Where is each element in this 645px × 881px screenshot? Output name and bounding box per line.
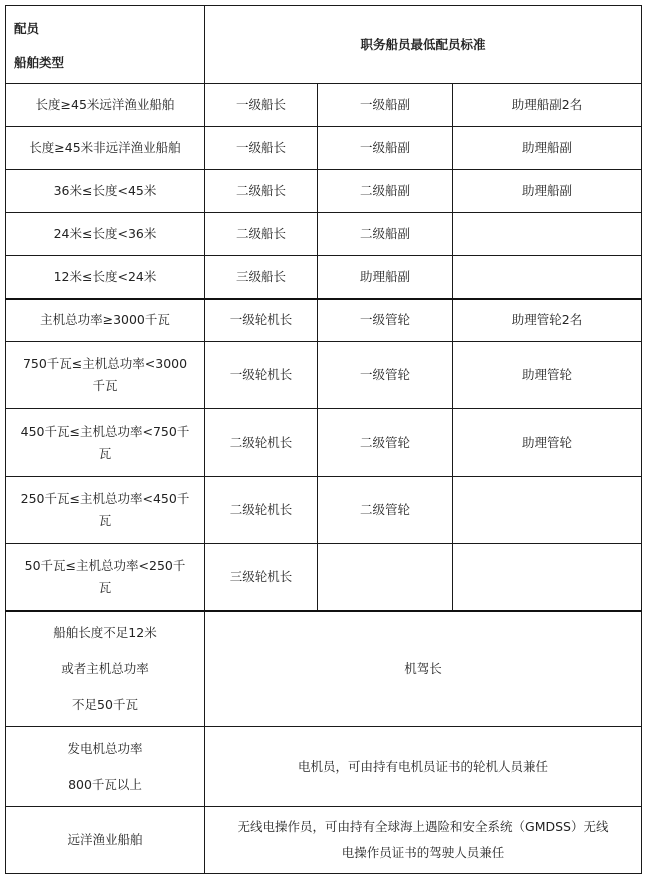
crew-cell: 二级船长	[205, 170, 318, 213]
engine-type-line: 瓦	[10, 443, 200, 465]
crew-cell: 助理船副2名	[453, 84, 642, 127]
crew-cell: 一级轮机长	[205, 342, 318, 409]
crew-cell: 一级船长	[205, 127, 318, 170]
engine-type-cell: 750千瓦≤主机总功率<3000 千瓦	[6, 342, 205, 409]
table-row: 船舶长度不足12米 或者主机总功率 不足50千瓦 机驾长	[6, 611, 642, 727]
crew-cell: 一级轮机长	[205, 299, 318, 342]
crew-cell: 二级船副	[318, 170, 453, 213]
crew-cell	[453, 477, 642, 544]
table-row: 24米≤长度<36米 二级船长 二级船副	[6, 213, 642, 256]
crew-cell: 一级船副	[318, 84, 453, 127]
crew-cell: 二级管轮	[318, 409, 453, 477]
special-value-cell: 机驾长	[205, 611, 642, 727]
engine-type-line: 瓦	[10, 577, 200, 599]
crew-cell: 二级轮机长	[205, 477, 318, 544]
special-type-line: 船舶长度不足12米	[10, 615, 200, 651]
ship-type-cell: 24米≤长度<36米	[6, 213, 205, 256]
crew-cell: 二级船长	[205, 213, 318, 256]
special-type-cell: 船舶长度不足12米 或者主机总功率 不足50千瓦	[6, 611, 205, 727]
special-type-line: 不足50千瓦	[10, 687, 200, 723]
ship-type-cell: 36米≤长度<45米	[6, 170, 205, 213]
special-value-line: 电操作员证书的驾驶人员兼任	[209, 840, 637, 866]
ship-type-cell: 长度≥45米远洋渔业船舶	[6, 84, 205, 127]
crew-cell: 二级管轮	[318, 477, 453, 544]
engine-type-line: 50千瓦≤主机总功率<250千	[10, 555, 200, 577]
crew-cell: 二级船副	[318, 213, 453, 256]
special-type-line: 800千瓦以上	[10, 767, 200, 803]
crew-cell: 一级管轮	[318, 299, 453, 342]
crew-cell	[453, 256, 642, 299]
crew-cell	[318, 544, 453, 611]
crew-cell: 助理管轮	[453, 409, 642, 477]
table-row: 450千瓦≤主机总功率<750千 瓦 二级轮机长 二级管轮 助理管轮	[6, 409, 642, 477]
crew-cell: 一级管轮	[318, 342, 453, 409]
crew-cell: 三级轮机长	[205, 544, 318, 611]
ship-type-cell: 12米≤长度<24米	[6, 256, 205, 299]
special-value-cell: 无线电操作员，可由持有全球海上遇险和安全系统（GMDSS）无线 电操作员证书的驾…	[205, 807, 642, 874]
engine-type-line: 主机总功率≥3000千瓦	[10, 309, 200, 331]
corner-header-cell: 配员 船舶类型	[6, 6, 205, 84]
crew-standard-table: 配员 船舶类型 职务船员最低配员标准 长度≥45米远洋渔业船舶 一级船长 一级船…	[5, 5, 642, 874]
table-row: 50千瓦≤主机总功率<250千 瓦 三级轮机长	[6, 544, 642, 611]
table-row: 250千瓦≤主机总功率<450千 瓦 二级轮机长 二级管轮	[6, 477, 642, 544]
crew-cell: 助理船副	[453, 170, 642, 213]
table-row: 12米≤长度<24米 三级船长 助理船副	[6, 256, 642, 299]
engine-type-cell: 250千瓦≤主机总功率<450千 瓦	[6, 477, 205, 544]
engine-type-line: 千瓦	[10, 375, 200, 397]
engine-type-line: 瓦	[10, 510, 200, 532]
engine-type-line: 250千瓦≤主机总功率<450千	[10, 488, 200, 510]
special-type-cell: 远洋渔业船舶	[6, 807, 205, 874]
crew-cell: 助理管轮	[453, 342, 642, 409]
special-value-line: 无线电操作员，可由持有全球海上遇险和安全系统（GMDSS）无线	[209, 814, 637, 840]
special-value-cell: 电机员，可由持有电机员证书的轮机人员兼任	[205, 727, 642, 807]
table-row: 长度≥45米远洋渔业船舶 一级船长 一级船副 助理船副2名	[6, 84, 642, 127]
crew-cell: 三级船长	[205, 256, 318, 299]
table-row: 750千瓦≤主机总功率<3000 千瓦 一级轮机长 一级管轮 助理管轮	[6, 342, 642, 409]
corner-header-bottom: 船舶类型	[14, 52, 200, 74]
crew-cell: 助理船副	[453, 127, 642, 170]
table-row: 主机总功率≥3000千瓦 一级轮机长 一级管轮 助理管轮2名	[6, 299, 642, 342]
engine-type-cell: 主机总功率≥3000千瓦	[6, 299, 205, 342]
crew-cell: 一级船副	[318, 127, 453, 170]
crew-cell: 一级船长	[205, 84, 318, 127]
engine-type-cell: 450千瓦≤主机总功率<750千 瓦	[6, 409, 205, 477]
engine-type-line: 450千瓦≤主机总功率<750千	[10, 421, 200, 443]
crew-cell	[453, 213, 642, 256]
special-type-line: 或者主机总功率	[10, 651, 200, 687]
table-row: 长度≥45米非远洋渔业船舶 一级船长 一级船副 助理船副	[6, 127, 642, 170]
engine-type-line: 750千瓦≤主机总功率<3000	[10, 353, 200, 375]
crew-cell	[453, 544, 642, 611]
special-type-cell: 发电机总功率 800千瓦以上	[6, 727, 205, 807]
table-row: 36米≤长度<45米 二级船长 二级船副 助理船副	[6, 170, 642, 213]
ship-type-cell: 长度≥45米非远洋渔业船舶	[6, 127, 205, 170]
table-row: 远洋渔业船舶 无线电操作员，可由持有全球海上遇险和安全系统（GMDSS）无线 电…	[6, 807, 642, 874]
crew-cell: 助理船副	[318, 256, 453, 299]
main-header-cell: 职务船员最低配员标准	[205, 6, 642, 84]
crew-cell: 助理管轮2名	[453, 299, 642, 342]
table-row: 发电机总功率 800千瓦以上 电机员，可由持有电机员证书的轮机人员兼任	[6, 727, 642, 807]
corner-header-top: 配员	[14, 18, 200, 40]
special-type-line: 发电机总功率	[10, 731, 200, 767]
engine-type-cell: 50千瓦≤主机总功率<250千 瓦	[6, 544, 205, 611]
crew-cell: 二级轮机长	[205, 409, 318, 477]
header-row: 配员 船舶类型 职务船员最低配员标准	[6, 6, 642, 84]
